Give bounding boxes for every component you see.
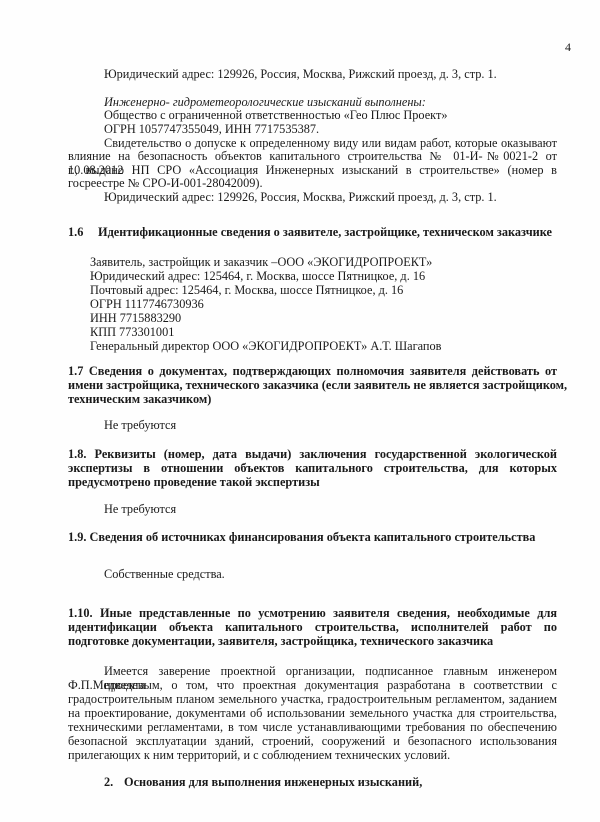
applicant-ogrn: ОГРН 1117746730936	[90, 297, 204, 311]
certificate-line: Свидетельство о допуске к определенному …	[104, 136, 557, 150]
certificate-line: г., выдано НП СРО «Ассоциация Инженерных…	[68, 163, 557, 177]
section-1-9-body: Собственные средства.	[104, 567, 225, 581]
section-1-8-heading: экспертизы в отношении объектов капиталь…	[68, 461, 557, 475]
section-1-7-body: Не требуются	[104, 418, 176, 432]
section-number: 2.	[104, 775, 124, 789]
section-1-6-heading: 1.6Идентификационные сведения о заявител…	[68, 225, 552, 239]
applicant-legal-address: Юридический адрес: 125464, г. Москва, шо…	[90, 269, 425, 283]
applicant-inn: ИНН 7715883290	[90, 311, 181, 325]
section-1-10-body-line: прилегающих к ним территорий, и с соблюд…	[68, 748, 450, 762]
section-2-heading: 2.Основания для выполнения инженерных из…	[104, 775, 422, 789]
section-1-10-body-line: безопасной эксплуатации зданий, строений…	[68, 734, 557, 748]
hydro-surveys-heading: Инженерно- гидрометеорологические изыска…	[104, 95, 426, 109]
section-title: Идентификационные сведения о заявителе, …	[98, 225, 552, 239]
section-1-8-body: Не требуются	[104, 502, 176, 516]
section-title: Основания для выполнения инженерных изыс…	[124, 775, 422, 789]
section-1-10-body-line: техническими регламентами, в том числе у…	[68, 720, 557, 734]
section-1-9-heading: 1.9. Сведения об источниках финансирован…	[68, 530, 535, 544]
section-1-8-heading: 1.8. Реквизиты (номер, дата выдачи) закл…	[68, 447, 557, 461]
section-1-10-body-line: градостроительным планом земельного учас…	[68, 692, 557, 706]
section-1-10-heading: подготовке документации, заявителя, заст…	[68, 634, 493, 648]
section-1-7-heading: техническим заказчиком)	[68, 392, 211, 406]
legal-address-line: Юридический адрес: 129926, Россия, Москв…	[104, 67, 497, 81]
section-1-8-heading: предусмотрено проведение такой экспертиз…	[68, 475, 320, 489]
certificate-line: госреестре № СРО-И-001-28042009).	[68, 176, 263, 190]
applicant-line: Заявитель, застройщик и заказчик –ООО «Э…	[90, 255, 432, 269]
section-1-7-heading: имени застройщика, технического заказчик…	[68, 378, 567, 392]
page-number: 4	[565, 40, 571, 55]
section-1-10-heading: 1.10. Иные представленные по усмотрению …	[68, 606, 557, 620]
applicant-director: Генеральный директор ООО «ЭКОГИДРОПРОЕКТ…	[90, 339, 441, 353]
applicant-postal-address: Почтовый адрес: 125464, г. Москва, шоссе…	[90, 283, 403, 297]
legal-address-line: Юридический адрес: 129926, Россия, Москв…	[104, 190, 497, 204]
section-1-7-heading: 1.7 Сведения о документах, подтверждающи…	[68, 364, 557, 378]
document-page: 4 Юридический адрес: 129926, Россия, Мос…	[0, 0, 600, 822]
section-1-10-body-line: Ф.П.Медведевым, о том, что проектная док…	[68, 678, 557, 692]
company-name-line: Общество с ограниченной ответственностью…	[104, 108, 448, 122]
applicant-kpp: КПП 773301001	[90, 325, 174, 339]
section-1-10-heading: идентификации объекта капитального строи…	[68, 620, 557, 634]
section-1-10-body-line: на проектирование, документами об исполь…	[68, 706, 557, 720]
section-number: 1.6	[68, 225, 98, 239]
ogrn-inn-line: ОГРН 1057747355049, ИНН 7717535387.	[104, 122, 319, 136]
